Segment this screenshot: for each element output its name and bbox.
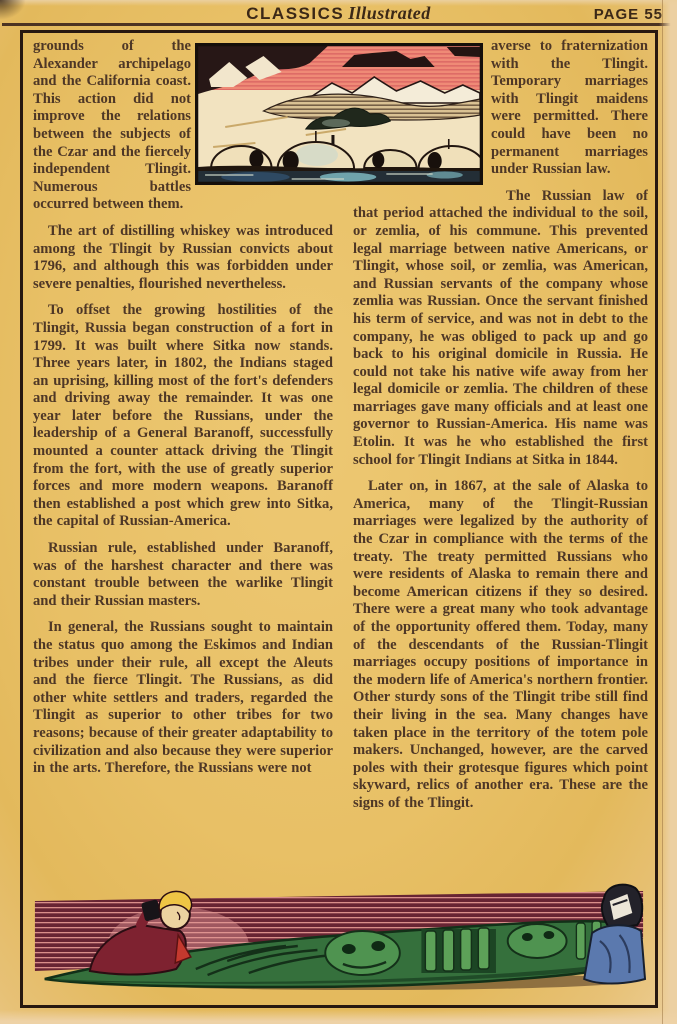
corner-smudge <box>0 0 26 20</box>
paragraph-left-3: To offset the growing hostilities of the… <box>33 302 333 531</box>
paragraph-left-4: Russian rule, established under Baranoff… <box>33 540 333 610</box>
magazine-title: CLASSICS Illustrated <box>0 3 677 24</box>
content-frame: grounds of the Alexander archipelago and… <box>20 30 658 1008</box>
bottom-illustration <box>31 879 647 993</box>
header-rule <box>2 23 675 26</box>
paper-edge-bottom <box>0 1010 677 1024</box>
paragraph-left-2: The art of distilling whiskey was introd… <box>33 223 333 293</box>
fallen-totem-pole-art <box>31 879 647 993</box>
top-illustration <box>195 43 483 185</box>
brand-name: CLASSICS <box>246 4 344 23</box>
brand-script-name: Illustrated <box>348 3 431 23</box>
arctic-village-art <box>195 43 483 185</box>
page-header: CLASSICS Illustrated PAGE 55 <box>0 3 677 25</box>
paragraph-right-2: The Russian law of that period attached … <box>353 188 648 470</box>
paper-crease <box>662 0 663 1024</box>
comic-text-page: CLASSICS Illustrated PAGE 55 <box>0 0 677 1024</box>
paragraph-right-3: Later on, in 1867, at the sale of Alaska… <box>353 478 648 812</box>
page-number: PAGE 55 <box>594 6 663 23</box>
paragraph-left-5: In general, the Russians sought to maint… <box>33 619 333 777</box>
